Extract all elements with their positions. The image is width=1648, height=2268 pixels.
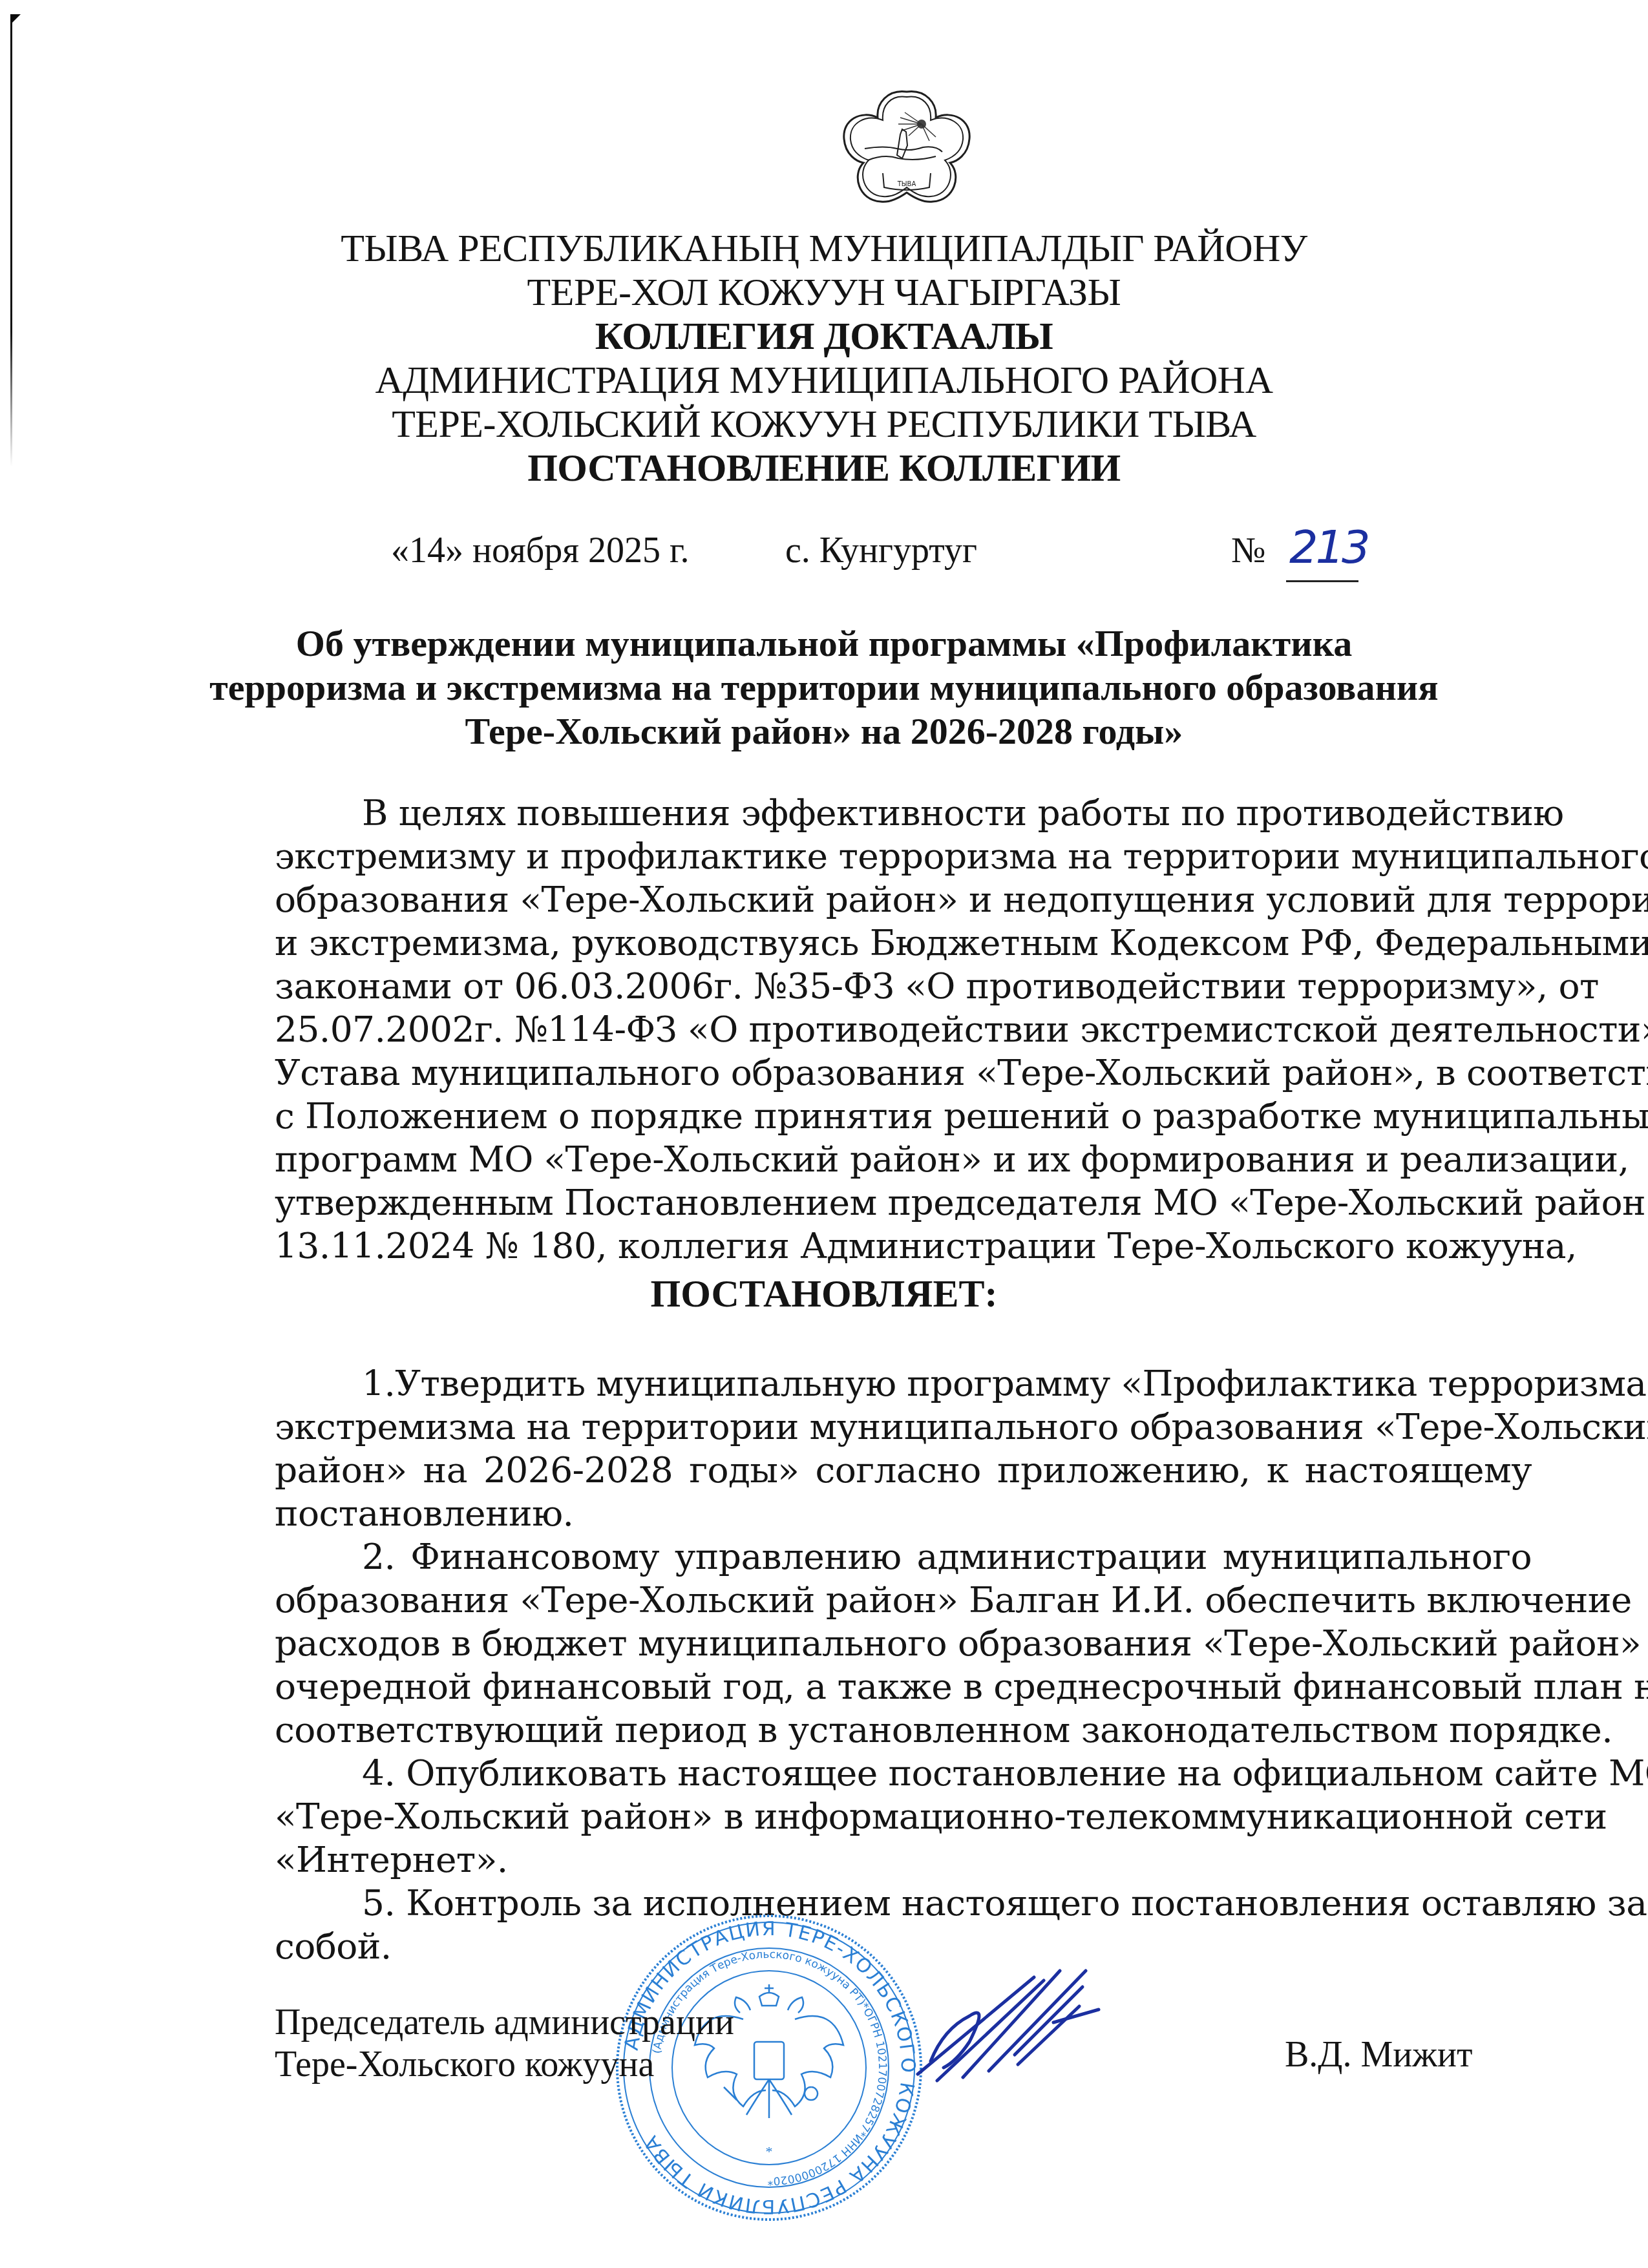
resolution-title-line-1: Об утверждении муниципальной программы «…: [0, 622, 1648, 666]
handwritten-signature: [905, 1951, 1137, 2145]
item-2-line: расходов в бюджет муниципального образов…: [275, 1622, 1532, 1665]
item-2-line: 2. Финансовому управлению администрации …: [362, 1535, 1532, 1579]
scan-corner-mark: [10, 14, 21, 25]
header-line-4: АДМИНИСТРАЦИЯ МУНИЦИПАЛЬНОГО РАЙОНА: [0, 358, 1648, 402]
preamble-line: экстремизму и профилактике терроризма на…: [275, 835, 1532, 878]
header-line-5: ТЕРЕ-ХОЛЬСКИЙ КОЖУУН РЕСПУБЛИКИ ТЫВА: [0, 402, 1648, 446]
official-seal-stamp: АДМИНИСТРАЦИЯ ТЕРЕ-ХОЛЬСКОГО КОЖУУНА РЕС…: [611, 1909, 927, 2226]
preamble-line: В целях повышения эффективности работы п…: [362, 792, 1532, 835]
signatory-name: В.Д. Мижит: [1285, 2034, 1472, 2075]
header-line-3: КОЛЛЕГИЯ ДОКТААЛЫ: [0, 314, 1648, 358]
item-1-line: экстремизма на территории муниципального…: [275, 1405, 1532, 1449]
decree-heading: ПОСТАНОВЛЯЕТ:: [0, 1272, 1648, 1316]
signatory-position-line-1: Председатель администрации: [275, 2002, 734, 2043]
document-number-handwritten: 213: [1289, 521, 1368, 574]
preamble-line: законами от 06.03.2006г. №35-ФЗ «О проти…: [275, 965, 1532, 1008]
svg-text:АДМИНИСТРАЦИЯ ТЕРЕ-ХОЛЬСКОГО К: АДМИНИСТРАЦИЯ ТЕРЕ-ХОЛЬСКОГО КОЖУУНА РЕС…: [620, 1918, 919, 2218]
item-1-line: постановлению.: [275, 1492, 1532, 1535]
preamble-line: программ МО «Тере-Хольский район» и их ф…: [275, 1138, 1532, 1181]
document-date: «14» ноября 2025 г.: [391, 530, 690, 571]
preamble-line: утвержденным Постановлением председателя…: [275, 1181, 1532, 1224]
svg-text:ТЫВА: ТЫВА: [897, 181, 916, 188]
item-1-line: 1.Утвердить муниципальную программу «Про…: [362, 1362, 1532, 1405]
svg-text:*: *: [766, 2143, 773, 2159]
header-line-1: ТЫВА РЕСПУБЛИКАНЫҢ МУНИЦИПАЛДЫГ РАЙОНУ: [0, 226, 1648, 270]
number-underline: [1286, 580, 1358, 582]
preamble-line: 25.07.2002г. №114-ФЗ «О противодействии …: [275, 1008, 1532, 1051]
resolution-title-line-2: терроризма и экстремизма на территории м…: [0, 666, 1648, 709]
item-4-line: 4. Опубликовать настоящее постановление …: [362, 1752, 1532, 1795]
preamble-line: 13.11.2024 № 180, коллегия Администрации…: [275, 1224, 1532, 1268]
item-1-line: район» на 2026-2028 годы» согласно прило…: [275, 1449, 1532, 1492]
preamble-line: образования «Тере-Хольский район» и недо…: [275, 878, 1532, 921]
page-title: ПОСТАНОВЛЕНИЕ КОЛЛЕГИИ: [0, 446, 1648, 490]
preamble-line: с Положением о порядке принятия решений …: [275, 1095, 1532, 1138]
document-meta-row: «14» ноября 2025 г. с. Кунгуртуг № 213: [0, 530, 1648, 582]
item-2-line: очередной финансовый год, а также в сред…: [275, 1665, 1532, 1708]
item-2-line: соответствующий период в установленном з…: [275, 1708, 1532, 1752]
preamble-line: Устава муниципального образования «Тере-…: [275, 1051, 1532, 1095]
item-4-line: «Тере-Хольский район» в информационно-те…: [275, 1795, 1532, 1838]
item-2-line: образования «Тере-Хольский район» Балган…: [275, 1579, 1532, 1622]
document-number-label: №: [1231, 530, 1265, 571]
tuva-coat-of-arms-icon: ТЫВА: [826, 84, 988, 220]
preamble-line: и экстремизма, руководствуясь Бюджетным …: [275, 921, 1532, 965]
document-page: ТЫВА ТЫВА РЕСПУБЛИКАНЫҢ МУНИЦИПАЛДЫГ РАЙ…: [0, 0, 1648, 2268]
header-line-2: ТЕРЕ-ХОЛ КОЖУУН ЧАГЫРГАЗЫ: [0, 270, 1648, 314]
item-5-line: 5. Контроль за исполнением настоящего по…: [362, 1882, 1532, 1925]
resolution-title-line-3: Тере-Хольский район» на 2026-2028 годы»: [0, 709, 1648, 753]
document-place: с. Кунгуртуг: [785, 530, 977, 571]
item-4-line: «Интернет».: [275, 1838, 1532, 1882]
signatory-position-line-2: Тере-Хольского кожууна: [275, 2044, 654, 2085]
